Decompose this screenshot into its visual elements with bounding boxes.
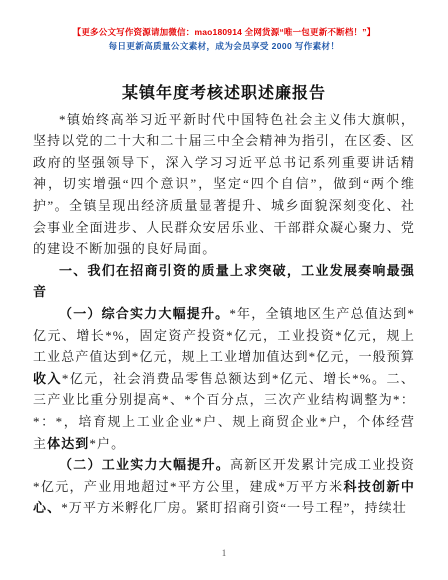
text-run: *镇始终高举习近平新时代中国特色社会主义伟大旗帜，坚持以党的二十大和二十届三中全… [33, 112, 415, 257]
body-paragraph: （一）综合实力大幅提升。*年，全镇地区生产总值达到*亿元、增长*%，固定资产投资… [33, 303, 415, 454]
page-number: 1 [0, 548, 448, 558]
section-heading: 一、我们在招商引资的质量上求突破，工业发展奏响最强音 [33, 260, 415, 303]
body-paragraph: （二）工业实力大幅提升。高新区开发累计完成工业投资*亿元，产业用地超过*平方公里… [33, 454, 415, 519]
document-body: *镇始终高举习近平新时代中国特色社会主义伟大旗帜，坚持以党的二十大和二十届三中全… [0, 109, 448, 519]
ad-line-1: 【更多公文写作资源请加微信：mao180914 全网货源“唯一包更新不断档！”】 [0, 26, 448, 38]
bold-text-run: （二）工业实力大幅提升。 [59, 457, 230, 472]
document-page: 【更多公文写作资源请加微信：mao180914 全网货源“唯一包更新不断档！”】… [0, 0, 448, 580]
body-paragraph: *镇始终高举习近平新时代中国特色社会主义伟大旗帜，坚持以党的二十大和二十届三中全… [33, 109, 415, 260]
bold-text-run: 体达到 [47, 436, 89, 451]
bold-text-run: （一）综合实力大幅提升。 [59, 306, 229, 321]
bold-text-run: 一、我们在招商引资的质量上求突破，工业发展奏响最强音 [33, 263, 415, 300]
text-run: *户。 [89, 436, 125, 451]
ad-line-2: 每日更新高质量公文素材，成为会员享受 2000 写作素材！ [0, 40, 448, 52]
bold-text-run: 收入 [33, 371, 62, 386]
watermark-ad: 【更多公文写作资源请加微信：mao180914 全网货源“唯一包更新不断档！”】… [0, 0, 448, 53]
text-run: *万平方米孵化厂房。紧盯招商引资“一号工程”，持续壮 [61, 500, 407, 515]
document-title: 某镇年度考核述职述廉报告 [0, 80, 448, 103]
